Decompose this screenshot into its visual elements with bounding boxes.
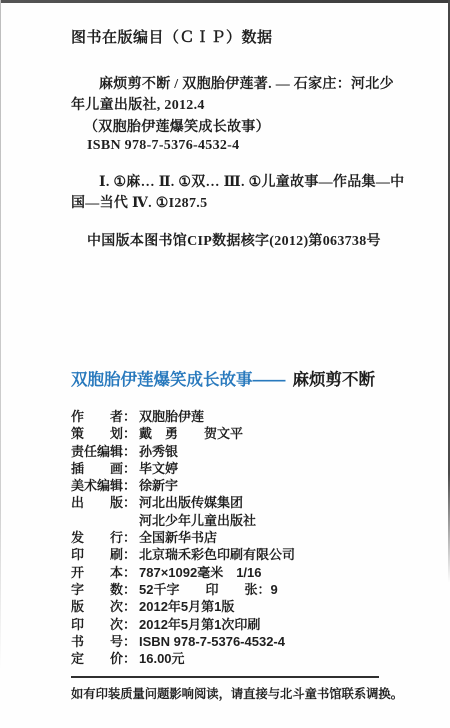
colophon-label: 定 价： bbox=[71, 650, 139, 667]
book-title: 麻烦剪不断 bbox=[293, 371, 376, 389]
colophon-row: 印 刷：北京瑞禾彩色印刷有限公司 bbox=[71, 546, 295, 563]
colophon-label: 出 版： bbox=[71, 494, 139, 511]
colophon-label: 插 画： bbox=[71, 460, 139, 477]
colophon-label: 印 刷： bbox=[71, 546, 139, 563]
colophon-value: 全国新华书店 bbox=[139, 530, 217, 545]
colophon-value: 787×1092毫米 1/16 bbox=[139, 565, 262, 580]
colophon-row: 美术编辑：徐新宇 bbox=[71, 477, 295, 494]
colophon-row: 字 数：52千字 印 张：9 bbox=[71, 581, 295, 598]
cip-entry-line2: 年儿童出版社, 2012.4 bbox=[71, 94, 205, 114]
colophon-row: 版 次：2012年5月第1版 bbox=[71, 598, 295, 615]
copyright-page: 图书在版编目（ＣＩＰ）数据 麻烦剪不断 / 双胞胎伊莲著. — 石家庄：河北少 … bbox=[0, 0, 450, 728]
colophon-value: 2012年5月第1版 bbox=[139, 599, 234, 614]
colophon-row: 河北少年儿童出版社 bbox=[71, 512, 295, 529]
colophon-value: 毕文婷 bbox=[139, 461, 178, 476]
cip-heading: 图书在版编目（ＣＩＰ）数据 bbox=[71, 26, 273, 47]
cip-classification-line1: Ⅰ. ①麻… Ⅱ. ①双… Ⅲ. ①儿童故事—作品集—中 bbox=[99, 171, 404, 191]
colophon-label: 书 号： bbox=[71, 633, 139, 650]
cip-record-number: 中国版本图书馆CIP数据核字(2012)第063738号 bbox=[87, 230, 381, 250]
colophon-label: 版 次： bbox=[71, 598, 139, 615]
colophon-label: 印 次： bbox=[71, 616, 139, 633]
colophon-value: ISBN 978-7-5376-4532-4 bbox=[139, 634, 285, 649]
colophon-row: 策 划：戴 勇 贺文平 bbox=[71, 425, 295, 442]
page-edge-top bbox=[0, 0, 450, 3]
colophon-label: 责任编辑： bbox=[71, 443, 139, 460]
colophon-row: 责任编辑：孙秀银 bbox=[71, 443, 295, 460]
colophon-value: 河北少年儿童出版社 bbox=[139, 513, 256, 528]
colophon-value: 戴 勇 贺文平 bbox=[139, 426, 243, 441]
title-line: 双胞胎伊莲爆笑成长故事——麻烦剪不断 bbox=[71, 366, 375, 390]
colophon-row: 发 行：全国新华书店 bbox=[71, 529, 295, 546]
cip-isbn: ISBN 978-7-5376-4532-4 bbox=[87, 138, 239, 154]
colophon-row: 出 版：河北出版传媒集团 bbox=[71, 494, 295, 511]
colophon-row: 定 价：16.00元 bbox=[71, 650, 295, 667]
colophon-row: 开 本：787×1092毫米 1/16 bbox=[71, 564, 295, 581]
colophon-value: 徐新宇 bbox=[139, 478, 178, 493]
colophon-label: 字 数： bbox=[71, 581, 139, 598]
series-title: 双胞胎伊莲爆笑成长故事—— bbox=[71, 371, 286, 389]
colophon-row: 书 号：ISBN 978-7-5376-4532-4 bbox=[71, 633, 295, 650]
colophon-value: 北京瑞禾彩色印刷有限公司 bbox=[139, 547, 295, 562]
cip-entry-line1: 麻烦剪不断 / 双胞胎伊莲著. — 石家庄：河北少 bbox=[99, 73, 394, 93]
colophon-label: 美术编辑： bbox=[71, 477, 139, 494]
colophon-label: 作 者： bbox=[71, 408, 139, 425]
colophon-row: 作 者：双胞胎伊莲 bbox=[71, 408, 295, 425]
colophon-value: 双胞胎伊莲 bbox=[139, 409, 204, 424]
colophon-row: 印 次：2012年5月第1次印刷 bbox=[71, 616, 295, 633]
colophon-list: 作 者：双胞胎伊莲策 划：戴 勇 贺文平责任编辑：孙秀银插 画：毕文婷美术编辑：… bbox=[71, 408, 295, 667]
colophon-value: 河北出版传媒集团 bbox=[139, 495, 243, 510]
footer-notice: 如有印装质量问题影响阅读，请直接与北斗童书馆联系调换。 bbox=[71, 684, 403, 702]
colophon-value: 2012年5月第1次印刷 bbox=[139, 617, 260, 632]
cip-series-note: （双胞胎伊莲爆笑成长故事） bbox=[84, 116, 270, 136]
cip-classification-line2: 国—当代 Ⅳ. ①I287.5 bbox=[71, 192, 207, 212]
colophon-label: 策 划： bbox=[71, 425, 139, 442]
colophon-label: 开 本： bbox=[71, 564, 139, 581]
colophon-row: 插 画：毕文婷 bbox=[71, 460, 295, 477]
page-edge-left bbox=[0, 0, 1, 728]
colophon-value: 52千字 印 张：9 bbox=[139, 582, 278, 597]
colophon-value: 孙秀银 bbox=[139, 444, 178, 459]
colophon-value: 16.00元 bbox=[139, 651, 185, 666]
colophon-label: 发 行： bbox=[71, 529, 139, 546]
footer-divider bbox=[71, 676, 379, 678]
